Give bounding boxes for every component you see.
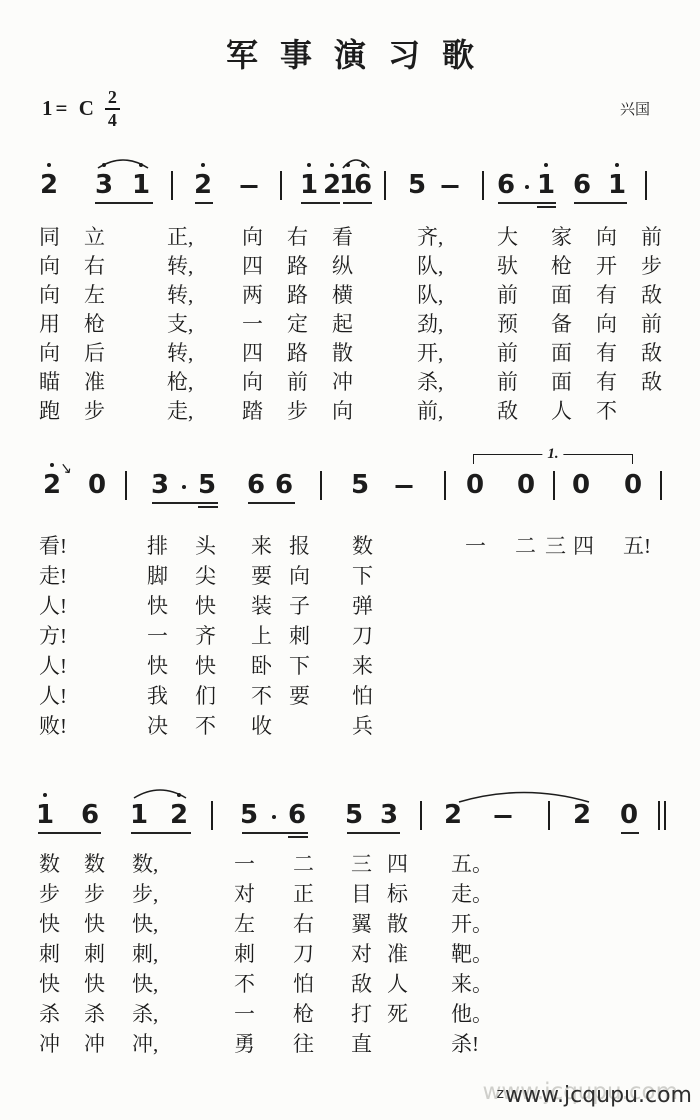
- lyric-char: 起: [332, 314, 353, 335]
- octave-dot: [43, 793, 47, 797]
- first-ending-bracket: 1.: [473, 454, 633, 464]
- watermark-logo-icon: z: [497, 1086, 504, 1102]
- barline: [171, 171, 173, 200]
- lyric-char: 他。: [451, 1004, 493, 1025]
- rest-note: 0: [88, 472, 106, 498]
- lyric-char: 前: [497, 285, 518, 306]
- lyric-char: 打: [351, 1004, 372, 1025]
- lyric-char: 收: [251, 716, 272, 737]
- lyric-char: 路: [287, 285, 308, 306]
- barline: [548, 801, 550, 830]
- lyric-char: 立: [84, 227, 105, 248]
- lyric-char: 队,: [417, 256, 443, 277]
- beam-underline: [38, 832, 101, 834]
- beam-underline: [198, 506, 218, 508]
- lyric-char: 看: [332, 227, 353, 248]
- lyric-char: 目: [351, 884, 372, 905]
- lyric-char: 路: [287, 343, 308, 364]
- lyric-char: 数,: [132, 854, 158, 875]
- beam-underline: [301, 202, 340, 204]
- lyric-char: 两: [242, 285, 263, 306]
- lyric-char: 刀: [293, 944, 314, 965]
- lyric-char: 二: [293, 854, 314, 875]
- slur-arc: [133, 788, 187, 800]
- lyric-char: 路: [287, 256, 308, 277]
- lyric-char: 步: [84, 884, 105, 905]
- note: 1: [132, 172, 150, 198]
- beam-underline: [131, 832, 191, 834]
- beam-underline: [95, 202, 153, 204]
- lyric-char: 勇: [234, 1034, 255, 1055]
- key-tonic: 1= C: [42, 96, 97, 121]
- lyric-char: 对: [351, 944, 372, 965]
- lyric-char: 左: [84, 285, 105, 306]
- note: 6: [497, 172, 515, 198]
- note: 2: [170, 802, 188, 828]
- augmentation-dot: [525, 185, 529, 189]
- lyric-char: 前: [641, 314, 662, 335]
- lyric-char: 们: [195, 686, 216, 707]
- lyric-char: 数: [84, 854, 105, 875]
- lyric-char: 快: [39, 974, 60, 995]
- lyric-char: 步: [641, 256, 662, 277]
- lyric-char: 人!: [39, 656, 67, 677]
- lyric-char: 步: [84, 401, 105, 422]
- lyric-char: 冲: [84, 1034, 105, 1055]
- lyric-char: 怕: [352, 686, 373, 707]
- lyric-char: 跑: [39, 401, 60, 422]
- lyric-char: 脚: [147, 566, 168, 587]
- lyric-char: 散: [387, 914, 408, 935]
- lyric-char: 齐: [195, 626, 216, 647]
- lyric-char: 要: [251, 566, 272, 587]
- lyric-char: 前: [287, 372, 308, 393]
- note: 3: [380, 802, 398, 828]
- lyric-char: 定: [287, 314, 308, 335]
- lyric-char: 刺: [289, 626, 310, 647]
- lyric-char: 死: [387, 1004, 408, 1025]
- lyric-char: 敌: [497, 401, 518, 422]
- note: 1: [36, 802, 54, 828]
- lyric-char: 枪,: [167, 372, 193, 393]
- lyric-char: 杀: [84, 1004, 105, 1025]
- lyric-char: 靶。: [451, 944, 493, 965]
- beam-underline: [288, 836, 308, 838]
- lyric-char: 备: [551, 314, 572, 335]
- note: 6: [354, 172, 372, 198]
- lyric-char: 正,: [167, 227, 193, 248]
- beam-underline: [248, 502, 295, 504]
- lyric-char: 面: [551, 343, 572, 364]
- lyric-char: 走!: [39, 566, 67, 587]
- lyric-char: 一: [465, 536, 486, 557]
- lyric-char: 枪: [551, 256, 572, 277]
- lyric-char: 子: [289, 596, 310, 617]
- lyric-char: 步: [39, 884, 60, 905]
- lyric-char: 四: [573, 536, 594, 557]
- lyric-char: 快: [195, 596, 216, 617]
- lyric-char: 人!: [39, 686, 67, 707]
- lyric-char: 下: [352, 566, 373, 587]
- lyric-char: 看!: [39, 536, 67, 557]
- music-line: 2312121656161: [0, 158, 700, 218]
- lyric-char: 不: [251, 686, 272, 707]
- lyric-char: 面: [551, 372, 572, 393]
- barline: [384, 171, 386, 200]
- lyric-char: 正: [293, 884, 314, 905]
- octave-dot: [47, 163, 51, 167]
- lyric-char: 队,: [417, 285, 443, 306]
- key-signature: 1= C 2 4: [42, 88, 120, 130]
- lyric-char: 用: [39, 314, 60, 335]
- lyric-char: 不: [234, 974, 255, 995]
- lyric-char: 敌: [641, 285, 662, 306]
- lyric-char: 开,: [417, 343, 443, 364]
- lyric-char: 敌: [641, 343, 662, 364]
- first-ending-label: 1.: [542, 445, 563, 463]
- lyric-char: 前,: [417, 401, 443, 422]
- note: 3: [95, 172, 113, 198]
- note: 6: [275, 472, 293, 498]
- lyric-char: 向: [39, 343, 60, 364]
- note: 3: [151, 472, 169, 498]
- duration-dash: [241, 185, 258, 188]
- lyric-char: 准: [387, 944, 408, 965]
- beam-underline: [574, 202, 627, 204]
- lyric-char: 枪: [84, 314, 105, 335]
- lyric-char: 冲,: [132, 1034, 158, 1055]
- lyric-char: 向: [289, 566, 310, 587]
- music-line: 2↘03566500001.: [0, 458, 700, 518]
- augmentation-dot: [272, 815, 276, 819]
- lyric-char: 向: [242, 227, 263, 248]
- slur-arc: [342, 158, 370, 170]
- lyric-char: 支,: [167, 314, 193, 335]
- lyric-char: 卧: [251, 656, 272, 677]
- lyric-char: 踏: [242, 401, 263, 422]
- lyric-char: 驮: [497, 256, 518, 277]
- lyric-char: 败!: [39, 716, 67, 737]
- music-line: 16125653220: [0, 788, 700, 848]
- slur-arc: [97, 158, 149, 170]
- lyric-char: 准: [84, 372, 105, 393]
- lyric-char: 排: [147, 536, 168, 557]
- lyric-char: 向: [596, 227, 617, 248]
- lyric-char: 方!: [39, 626, 67, 647]
- barline: [420, 801, 422, 830]
- lyric-char: 快,: [132, 974, 158, 995]
- rest-note: 0: [624, 472, 642, 498]
- lyric-char: 横: [332, 285, 353, 306]
- octave-dot: [201, 163, 205, 167]
- barline: [553, 471, 555, 500]
- note: 1: [537, 172, 555, 198]
- slide-down-mark: ↘: [59, 458, 74, 478]
- note: 1: [300, 172, 318, 198]
- lyric-char: 向: [242, 372, 263, 393]
- lyric-char: 装: [251, 596, 272, 617]
- note: 5: [408, 172, 426, 198]
- octave-dot: [330, 163, 334, 167]
- lyric-char: 同: [39, 227, 60, 248]
- note: 1: [608, 172, 626, 198]
- lyric-char: 五。: [451, 854, 493, 875]
- note: 5: [198, 472, 216, 498]
- time-signature-denominator: 4: [108, 110, 117, 130]
- note: 2: [40, 172, 58, 198]
- lyric-char: 杀: [39, 1004, 60, 1025]
- lyric-char: 下: [289, 656, 310, 677]
- slur-arc: [458, 790, 590, 804]
- lyric-char: 向: [332, 401, 353, 422]
- lyric-char: 上: [251, 626, 272, 647]
- rest-note: 0: [572, 472, 590, 498]
- lyric-char: 二: [515, 536, 536, 557]
- lyric-char: 三: [351, 854, 372, 875]
- lyric-char: 杀!: [451, 1034, 479, 1055]
- lyric-char: 往: [293, 1034, 314, 1055]
- lyric-char: 不: [596, 401, 617, 422]
- lyric-char: 前: [641, 227, 662, 248]
- rest-note: 0: [517, 472, 535, 498]
- song-title: 军事演习歌: [0, 30, 700, 76]
- lyric-char: 右: [293, 914, 314, 935]
- lyric-char: 步,: [132, 884, 158, 905]
- octave-dot: [544, 163, 548, 167]
- lyric-char: 冲: [39, 1034, 60, 1055]
- rest-note: 0: [466, 472, 484, 498]
- lyric-char: 转,: [167, 343, 193, 364]
- beam-underline: [498, 202, 556, 204]
- credit-name: 兴国: [620, 98, 650, 119]
- lyric-char: 瞄: [39, 372, 60, 393]
- lyric-char: 冲: [332, 372, 353, 393]
- lyric-char: 右: [287, 227, 308, 248]
- lyric-char: 后: [84, 343, 105, 364]
- lyric-char: 前: [497, 372, 518, 393]
- barline: [660, 471, 662, 500]
- duration-dash: [396, 485, 413, 488]
- lyric-char: 四: [242, 343, 263, 364]
- rest-note: 0: [620, 802, 638, 828]
- lyric-char: 刀: [352, 626, 373, 647]
- duration-dash: [495, 815, 512, 818]
- note: 5: [351, 472, 369, 498]
- lyric-char: 来: [251, 536, 272, 557]
- lyric-char: 有: [596, 372, 617, 393]
- barline: [125, 471, 127, 500]
- lyric-char: 四: [242, 256, 263, 277]
- beam-underline: [242, 832, 308, 834]
- note: 6: [288, 802, 306, 828]
- lyric-char: 散: [332, 343, 353, 364]
- lyric-char: 有: [596, 285, 617, 306]
- barline: [280, 171, 282, 200]
- lyric-char: 向: [39, 256, 60, 277]
- lyric-char: 有: [596, 343, 617, 364]
- augmentation-dot: [182, 485, 186, 489]
- barline: [211, 801, 213, 830]
- lyric-char: 刺: [39, 944, 60, 965]
- octave-dot: [307, 163, 311, 167]
- lyric-char: 兵: [352, 716, 373, 737]
- lyric-char: 刺: [234, 944, 255, 965]
- duration-dash: [442, 185, 459, 188]
- lyric-char: 大: [497, 227, 518, 248]
- note: 2: [194, 172, 212, 198]
- lyric-char: 来。: [451, 974, 493, 995]
- sheet-music-page: 军事演习歌 1= C 2 4 兴国 23121216561612↘0356650…: [0, 0, 700, 1120]
- watermark-url: zwww.jcqupu.com: [497, 1083, 692, 1108]
- lyric-char: 走,: [167, 401, 193, 422]
- lyric-char: 劲,: [417, 314, 443, 335]
- time-signature-numerator: 2: [108, 87, 117, 107]
- lyric-char: 翼: [351, 914, 372, 935]
- lyric-char: 要: [289, 686, 310, 707]
- lyric-char: 怕: [293, 974, 314, 995]
- time-signature: 2 4: [105, 88, 120, 130]
- lyric-char: 步: [287, 401, 308, 422]
- lyric-char: 数: [352, 536, 373, 557]
- lyric-char: 对: [234, 884, 255, 905]
- lyric-char: 人: [551, 401, 572, 422]
- lyric-char: 四: [387, 854, 408, 875]
- lyric-char: 来: [352, 656, 373, 677]
- lyric-char: 决: [147, 716, 168, 737]
- beam-underline: [537, 206, 556, 208]
- beam-underline: [621, 832, 639, 834]
- note: 5: [240, 802, 258, 828]
- lyric-char: 敌: [641, 372, 662, 393]
- lyric-char: 尖: [195, 566, 216, 587]
- beam-underline: [152, 502, 218, 504]
- lyric-char: 快: [84, 914, 105, 935]
- lyric-char: 齐,: [417, 227, 443, 248]
- beam-underline: [347, 832, 400, 834]
- lyric-char: 一: [147, 626, 168, 647]
- lyric-char: 快: [39, 914, 60, 935]
- beam-underline: [195, 202, 213, 204]
- lyric-char: 人!: [39, 596, 67, 617]
- lyric-char: 快: [84, 974, 105, 995]
- lyric-char: 标: [387, 884, 408, 905]
- lyric-char: 转,: [167, 256, 193, 277]
- lyric-char: 前: [497, 343, 518, 364]
- lyric-char: 我: [147, 686, 168, 707]
- watermark-text: www.jcqupu.com: [505, 1083, 692, 1108]
- note: 6: [573, 172, 591, 198]
- lyric-char: 转,: [167, 285, 193, 306]
- lyric-char: 杀,: [132, 1004, 158, 1025]
- lyric-char: 快,: [132, 914, 158, 935]
- octave-dot: [50, 463, 54, 467]
- lyric-char: 快: [147, 656, 168, 677]
- lyric-char: 人: [387, 974, 408, 995]
- lyric-char: 刺: [84, 944, 105, 965]
- lyric-char: 枪: [293, 1004, 314, 1025]
- lyric-char: 向: [39, 285, 60, 306]
- lyric-char: 敌: [351, 974, 372, 995]
- lyric-char: 一: [242, 314, 263, 335]
- lyric-char: 一: [234, 1004, 255, 1025]
- lyric-char: 左: [234, 914, 255, 935]
- lyric-char: 报: [289, 536, 310, 557]
- octave-dot: [615, 163, 619, 167]
- lyric-char: 走。: [451, 884, 493, 905]
- lyric-char: 家: [551, 227, 572, 248]
- lyric-char: 头: [195, 536, 216, 557]
- final-barline: [664, 801, 666, 830]
- note: 6: [247, 472, 265, 498]
- barline: [482, 171, 484, 200]
- lyric-char: 开。: [451, 914, 493, 935]
- lyric-char: 一: [234, 854, 255, 875]
- lyric-char: 快: [147, 596, 168, 617]
- barline: [320, 471, 322, 500]
- lyric-char: 预: [497, 314, 518, 335]
- note: 5: [345, 802, 363, 828]
- lyric-char: 杀,: [417, 372, 443, 393]
- lyric-char: 面: [551, 285, 572, 306]
- note: 1: [130, 802, 148, 828]
- lyric-char: 快: [195, 656, 216, 677]
- barline: [645, 171, 647, 200]
- lyric-char: 不: [195, 716, 216, 737]
- note: 6: [81, 802, 99, 828]
- lyric-char: 五!: [623, 536, 651, 557]
- lyric-char: 弹: [352, 596, 373, 617]
- beam-underline: [343, 202, 372, 204]
- lyric-char: 右: [84, 256, 105, 277]
- lyric-char: 三: [545, 536, 566, 557]
- lyric-char: 刺,: [132, 944, 158, 965]
- note: 2: [444, 802, 462, 828]
- watermark: www.jcqupu.com zwww.jcqupu.com: [497, 1083, 692, 1108]
- lyric-char: 向: [596, 314, 617, 335]
- final-barline: [658, 801, 660, 830]
- lyric-char: 直: [351, 1034, 372, 1055]
- lyric-char: 数: [39, 854, 60, 875]
- lyric-char: 纵: [332, 256, 353, 277]
- lyric-char: 开: [596, 256, 617, 277]
- note: 2: [573, 802, 591, 828]
- barline: [444, 471, 446, 500]
